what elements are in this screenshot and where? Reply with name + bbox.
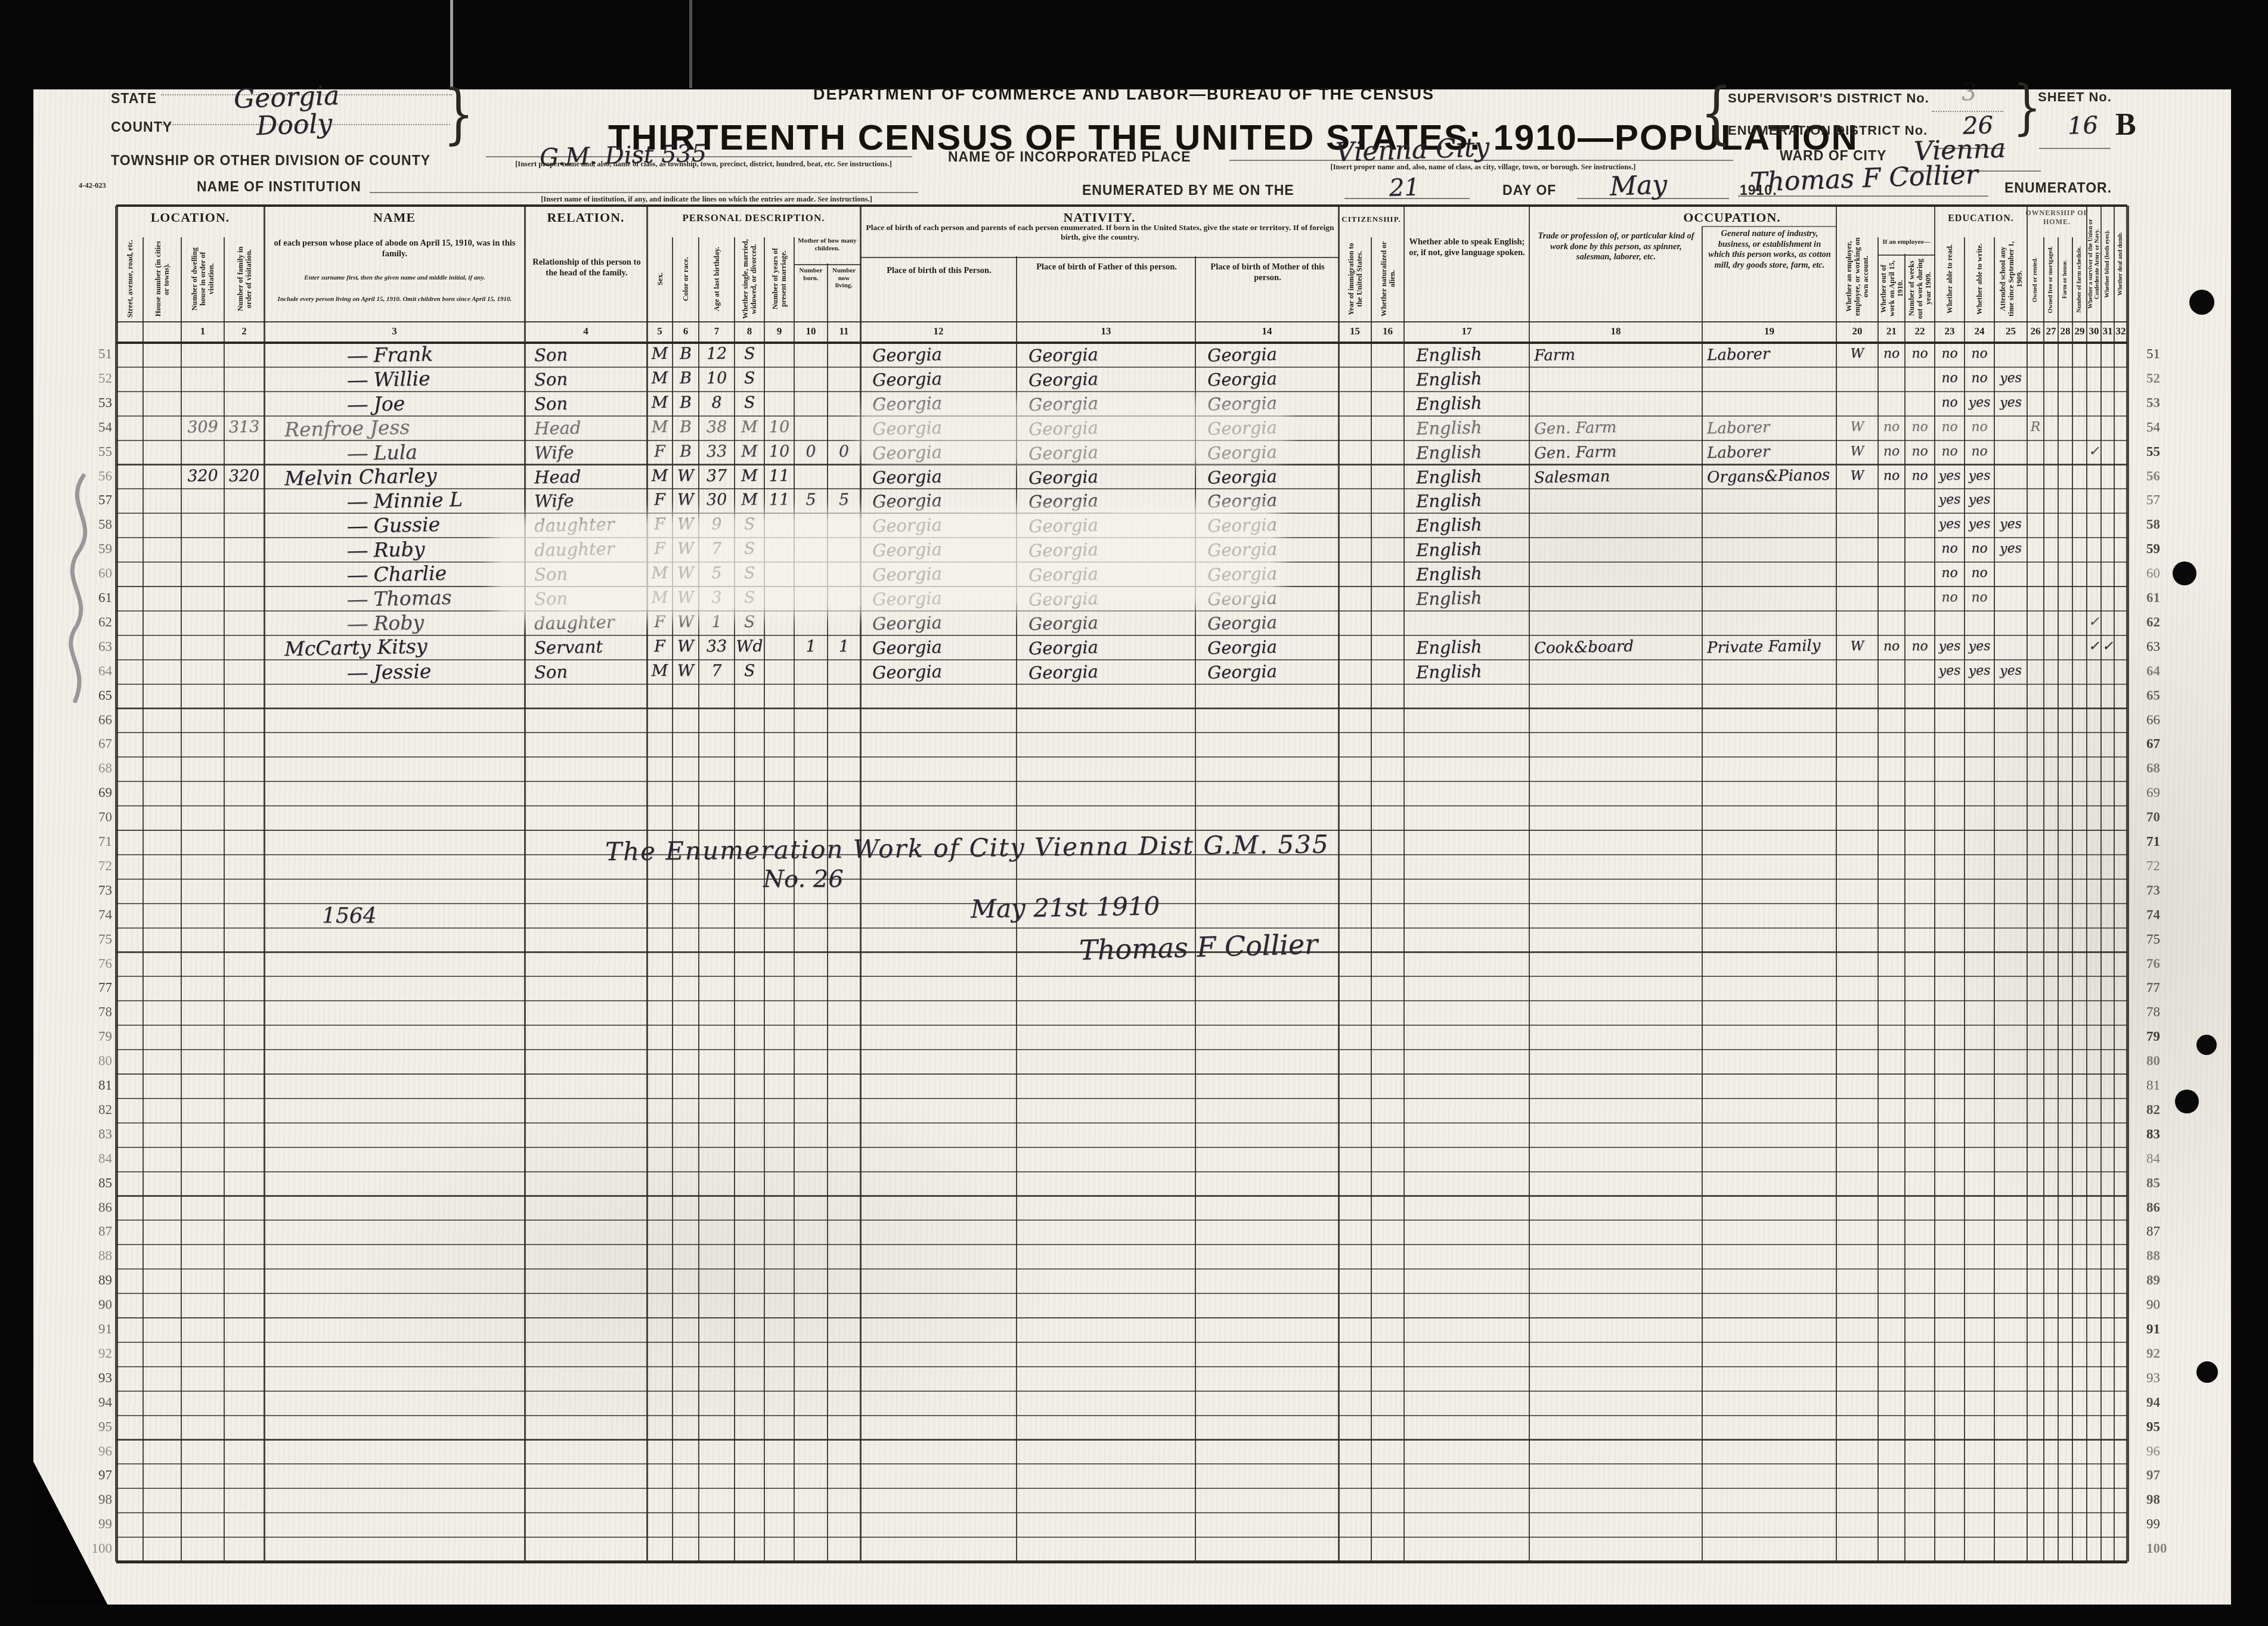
cell-sch-row-52: yes bbox=[1994, 365, 2028, 390]
row-number-right: 67 bbox=[2146, 736, 2182, 755]
cell-age-row-52: 10 bbox=[699, 365, 735, 390]
column-number: 20 bbox=[1836, 325, 1878, 341]
name-desc-2: Enter surname first, then the given name… bbox=[268, 274, 521, 293]
section-relation: RELATION. bbox=[525, 210, 647, 234]
cell-trade-row-56: Salesman bbox=[1529, 461, 1708, 489]
column-number: 3 bbox=[264, 325, 525, 341]
ward-label: WARD OF CITY bbox=[1780, 148, 1886, 164]
row-number-right: 64 bbox=[2146, 663, 2182, 682]
row-number-right: 88 bbox=[2146, 1248, 2182, 1267]
cell-sch-row-53: yes bbox=[1994, 390, 2028, 414]
enumerated-label: ENUMERATED BY ME ON THE bbox=[1082, 182, 1294, 198]
grid-hline bbox=[116, 927, 2127, 929]
column-number: 17 bbox=[1404, 325, 1529, 341]
column-number: 21 bbox=[1878, 325, 1905, 341]
column-number: 6 bbox=[673, 325, 699, 341]
row-number-right: 53 bbox=[2146, 395, 2182, 414]
grid-hline bbox=[116, 1025, 2127, 1026]
grid-hline bbox=[116, 1415, 2127, 1416]
row-number-left: 91 bbox=[76, 1321, 112, 1340]
cell-ind-row-54: Laborer bbox=[1702, 413, 1842, 440]
colhead-vertical-imm: Year of immigration to the United States… bbox=[1339, 237, 1371, 321]
hole-punch bbox=[2196, 1361, 2218, 1383]
column-number: 31 bbox=[2101, 325, 2114, 341]
column-number: 32 bbox=[2114, 325, 2127, 341]
colhead-v30: Whether a survivor of the Union or Confe… bbox=[2088, 209, 2100, 319]
cell-rel-row-64: Son bbox=[525, 657, 657, 684]
row-number-left: 100 bbox=[76, 1541, 112, 1560]
closing-note-line2: No. 26 bbox=[763, 865, 844, 893]
column-number: 24 bbox=[1965, 325, 1994, 341]
colhead-english: Whether able to speak English; or, if no… bbox=[1408, 237, 1526, 317]
cell-rd-row-52: no bbox=[1935, 365, 1965, 390]
colhead-fh: Farm or house. bbox=[2062, 260, 2069, 299]
row-number-left: 76 bbox=[76, 956, 112, 975]
cell-sex-row-53: M bbox=[647, 390, 673, 414]
row-number-right: 66 bbox=[2146, 712, 2182, 731]
colhead-v31: Whether blind (both eyes). bbox=[2105, 230, 2111, 298]
colhead-natz: Whether naturalized or alien. bbox=[1380, 239, 1396, 319]
grid-vline bbox=[2126, 206, 2129, 1562]
grid-hline bbox=[116, 1366, 2127, 1367]
cell-eng-row-61: English bbox=[1404, 584, 1542, 611]
cell-trade-row-54: Gen. Farm bbox=[1529, 413, 1708, 440]
colhead-vertical-mar: Whether single, married, widowed, or div… bbox=[735, 237, 764, 321]
cell-rd-row-61: no bbox=[1935, 585, 1965, 609]
row-number-right: 71 bbox=[2146, 834, 2182, 853]
cell-v31-row-63: ✓ bbox=[2101, 634, 2115, 658]
grid-vline bbox=[115, 206, 118, 1562]
cell-emp-row-51: W bbox=[1836, 341, 1879, 365]
cell-v30-row-55: ✓ bbox=[2087, 439, 2102, 463]
grid-hline bbox=[116, 1171, 2127, 1172]
colhead-vertical-house: House number (in cities or towns). bbox=[143, 237, 181, 321]
hole-punch bbox=[2175, 1090, 2199, 1113]
cell-emp-row-55: W bbox=[1836, 439, 1879, 463]
grid-hline bbox=[116, 1537, 2127, 1538]
cell-pf-row-63: Georgia bbox=[1017, 632, 1208, 660]
column-number: 16 bbox=[1371, 325, 1404, 341]
cell-age-row-55: 33 bbox=[699, 439, 735, 463]
cell-pm-row-64: Georgia bbox=[1195, 657, 1351, 684]
grid-hline bbox=[1878, 255, 1935, 255]
cell-wk-row-55: no bbox=[1905, 439, 1935, 463]
cell-ind-row-56: Organs&Pianos bbox=[1702, 462, 1842, 489]
supervisor-district-label: SUPERVISOR'S DISTRICT No. bbox=[1728, 91, 1929, 106]
cell-age-row-62: 1 bbox=[699, 609, 735, 634]
cell-trade-row-51: Farm bbox=[1529, 340, 1708, 367]
grid-hline bbox=[116, 1147, 2127, 1148]
grid-hline bbox=[116, 1244, 2127, 1245]
cell-dw-row-54: 309 bbox=[181, 414, 225, 439]
cell-eng-row-53: English bbox=[1404, 389, 1542, 415]
colhead-vertical-dw: Number of dwelling house in order of vis… bbox=[181, 237, 224, 321]
grid-hline bbox=[116, 684, 2127, 685]
grid-vline bbox=[1371, 237, 1372, 1562]
row-number-right: 73 bbox=[2146, 883, 2182, 902]
colhead-dw: Number of dwelling house in order of vis… bbox=[190, 239, 215, 319]
column-number: 1 bbox=[181, 325, 224, 341]
row-number-right: 69 bbox=[2146, 785, 2182, 804]
cell-pob-row-57: Georgia bbox=[860, 486, 1029, 513]
cell-yrs-row-55: 10 bbox=[764, 439, 795, 463]
grid-hline bbox=[116, 1293, 2127, 1294]
row-number-left: 81 bbox=[76, 1078, 112, 1097]
paper-smudge bbox=[865, 404, 1282, 459]
grid-hline bbox=[794, 264, 860, 265]
cell-wr-row-52: no bbox=[1965, 365, 1995, 390]
cell-color-row-63: W bbox=[673, 634, 699, 658]
colhead-vertical-nfs: Number of farm schedule. bbox=[2072, 238, 2087, 321]
cell-eng-row-64: English bbox=[1404, 657, 1542, 684]
column-number: 13 bbox=[1017, 325, 1195, 341]
colhead-wr: Whether able to write. bbox=[1975, 243, 1984, 315]
colhead-vertical-v31: Whether blind (both eyes). bbox=[2101, 207, 2114, 321]
cell-yrs-row-57: 11 bbox=[764, 488, 795, 512]
grid-hline bbox=[860, 257, 1339, 258]
hole-punch bbox=[2196, 1035, 2217, 1055]
row-number-right: 70 bbox=[2146, 809, 2182, 828]
cell-rd-row-57: yes bbox=[1935, 488, 1965, 512]
colhead-mar: Whether single, married, widowed, or div… bbox=[741, 239, 758, 319]
cell-pf-row-57: Georgia bbox=[1017, 486, 1208, 514]
cell-cl-row-55: 0 bbox=[828, 439, 861, 463]
cell-wr-row-51: no bbox=[1965, 341, 1995, 365]
cell-eng-row-55: English bbox=[1404, 437, 1542, 464]
cell-pf-row-52: Georgia bbox=[1017, 364, 1208, 392]
row-number-left: 54 bbox=[76, 420, 112, 439]
row-number-left: 86 bbox=[76, 1200, 112, 1219]
cell-wr-row-55: no bbox=[1965, 439, 1995, 463]
cell-cl-row-57: 5 bbox=[828, 488, 861, 512]
cell-mar-row-64: S bbox=[735, 658, 765, 682]
section-personal-description: PERSONAL DESCRIPTION. bbox=[647, 212, 860, 234]
section-name: NAME bbox=[264, 210, 525, 234]
cell-eng-row-63: English bbox=[1404, 632, 1542, 659]
cell-color-row-55: B bbox=[673, 439, 699, 463]
row-number-left: 67 bbox=[76, 736, 112, 755]
cell-age-row-57: 30 bbox=[699, 488, 735, 512]
row-number-right: 91 bbox=[2146, 1321, 2182, 1340]
township-note: [Insert proper name and, also, name of c… bbox=[495, 160, 912, 168]
row-number-right: 80 bbox=[2146, 1053, 2182, 1072]
cell-ow-row-54: no bbox=[1878, 414, 1906, 439]
cell-pf-row-64: Georgia bbox=[1017, 656, 1208, 684]
column-number: 25 bbox=[1994, 325, 2027, 341]
column-number: 15 bbox=[1339, 325, 1371, 341]
cell-eng-row-57: English bbox=[1404, 486, 1542, 513]
grid-hline bbox=[116, 708, 2127, 709]
column-number: 18 bbox=[1529, 325, 1702, 341]
cell-v30-row-62: ✓ bbox=[2087, 610, 2102, 634]
grid-hline bbox=[116, 1463, 2127, 1464]
section-citizenship: CITIZENSHIP. bbox=[1339, 215, 1404, 234]
section-education: EDUCATION. bbox=[1935, 213, 2027, 234]
row-number-left: 79 bbox=[76, 1029, 112, 1048]
row-number-right: 58 bbox=[2146, 517, 2182, 536]
row-number-right: 59 bbox=[2146, 541, 2182, 560]
county-value: Dooly bbox=[256, 108, 333, 141]
cell-mar-row-57: M bbox=[735, 488, 765, 512]
cell-eng-row-56: English bbox=[1404, 462, 1542, 489]
sheet-side-letter: B bbox=[2115, 107, 2136, 142]
row-number-left: 87 bbox=[76, 1224, 112, 1243]
colhead-nfs: Number of farm schedule. bbox=[2077, 246, 2083, 312]
row-number-right: 62 bbox=[2146, 615, 2182, 634]
institution-note: [Insert name of institution, if any, and… bbox=[489, 195, 924, 203]
colhead-sch: Attended school any time since September… bbox=[1999, 239, 2024, 319]
colhead-vertical-rd: Whether able to read. bbox=[1935, 237, 1965, 321]
cell-emp-row-54: W bbox=[1836, 414, 1879, 439]
colhead-trade: Trade or profession of, or particular ki… bbox=[1533, 231, 1699, 319]
grid-vline bbox=[142, 237, 144, 1562]
row-number-left: 90 bbox=[76, 1297, 112, 1316]
row-number-right: 51 bbox=[2146, 346, 2182, 365]
row-number-right: 74 bbox=[2146, 907, 2182, 926]
cell-sch-row-59: yes bbox=[1994, 536, 2028, 561]
row-number-left: 96 bbox=[76, 1444, 112, 1463]
colhead-vertical-wk: Number of weeks out of work during year … bbox=[1905, 256, 1935, 321]
township-label: TOWNSHIP OR OTHER DIVISION OF COUNTY bbox=[111, 153, 430, 169]
colhead-mother-children: Mother of how many children. bbox=[795, 237, 859, 263]
cell-rd-row-64: yes bbox=[1935, 658, 1965, 682]
cell-pm-row-52: Georgia bbox=[1195, 364, 1351, 391]
colhead-rd: Whether able to read. bbox=[1945, 244, 1954, 314]
colhead-if-employee: If an employee— bbox=[1879, 238, 1934, 254]
cell-mar-row-63: Wd bbox=[735, 634, 765, 658]
colhead-vertical-v30: Whether a survivor of the Union or Confe… bbox=[2087, 207, 2101, 321]
cell-sex-row-56: M bbox=[647, 463, 673, 488]
row-number-right: 77 bbox=[2146, 980, 2182, 999]
colhead-wk: Number of weeks out of work during year … bbox=[1907, 258, 1932, 319]
grid-hline bbox=[116, 321, 2127, 323]
cell-pm-row-56: Georgia bbox=[1195, 462, 1351, 489]
cell-wr-row-59: no bbox=[1965, 536, 1995, 561]
colhead-age: Age at last birthday. bbox=[712, 247, 721, 311]
colhead-number-born: Number born. bbox=[795, 267, 826, 319]
column-number: 9 bbox=[764, 325, 794, 341]
colhead-v32: Whether deaf and dumb. bbox=[2118, 232, 2124, 296]
row-number-right: 56 bbox=[2146, 468, 2182, 488]
row-number-left: 78 bbox=[76, 1004, 112, 1023]
colhead-pob: Place of birth of this Person. bbox=[864, 266, 1014, 318]
row-number-left: 77 bbox=[76, 980, 112, 999]
state-label: STATE bbox=[111, 91, 157, 107]
row-number-left: 88 bbox=[76, 1248, 112, 1267]
section-occupation: OCCUPATION. bbox=[1529, 210, 1935, 231]
grid-hline bbox=[116, 1512, 2127, 1513]
column-number: 26 bbox=[2027, 325, 2044, 341]
colhead-fam: Number of family in order of visitation. bbox=[236, 239, 253, 319]
colhead-vertical-fh: Farm or house. bbox=[2058, 238, 2072, 321]
colhead-color: Color or race. bbox=[681, 257, 690, 301]
cell-wk-row-51: no bbox=[1905, 341, 1935, 365]
cell-eng-row-54: English bbox=[1404, 413, 1542, 440]
row-number-left: 84 bbox=[76, 1151, 112, 1170]
enumerated-day: 21 bbox=[1389, 173, 1420, 201]
cell-eng-row-58: English bbox=[1404, 511, 1542, 538]
cell-fam-row-56: 320 bbox=[224, 463, 265, 488]
cell-wr-row-63: yes bbox=[1965, 634, 1995, 658]
column-number: 11 bbox=[828, 325, 860, 341]
scan-border-right bbox=[2231, 0, 2268, 1626]
cell-pob-row-51: Georgia bbox=[860, 340, 1029, 367]
column-number: 22 bbox=[1905, 325, 1935, 341]
cell-rd-row-55: no bbox=[1935, 439, 1965, 463]
grid-hline bbox=[116, 1488, 2127, 1489]
row-number-right: 54 bbox=[2146, 420, 2182, 439]
cell-wr-row-61: no bbox=[1965, 585, 1995, 609]
colhead-vertical-color: Color or race. bbox=[673, 237, 699, 321]
row-number-left: 71 bbox=[76, 834, 112, 853]
margin-scribble-handwriting bbox=[55, 471, 114, 715]
colhead-emp: Whether an employer, employee, or workin… bbox=[1845, 234, 1870, 319]
colhead-imm: Year of immigration to the United States… bbox=[1347, 239, 1364, 319]
grid-vline bbox=[2114, 206, 2115, 1562]
cell-ind-row-63: Private Family bbox=[1702, 632, 1842, 659]
grid-hline bbox=[116, 204, 2127, 207]
scan-artifact bbox=[450, 0, 453, 88]
column-number: 5 bbox=[647, 325, 673, 341]
cell-age-row-56: 37 bbox=[699, 463, 735, 488]
cell-mar-row-51: S bbox=[735, 341, 765, 365]
sheet-brace: } bbox=[2013, 77, 2041, 137]
column-number: 14 bbox=[1195, 325, 1339, 341]
colhead-vertical-age: Age at last birthday. bbox=[699, 237, 735, 321]
column-number: 8 bbox=[735, 325, 764, 341]
cell-v30-row-63: ✓ bbox=[2087, 634, 2102, 658]
row-number-right: 57 bbox=[2146, 492, 2182, 511]
cell-sex-row-51: M bbox=[647, 342, 673, 366]
cell-sex-row-64: M bbox=[647, 658, 673, 682]
cell-mar-row-62: S bbox=[735, 609, 765, 634]
cell-rd-row-58: yes bbox=[1935, 512, 1965, 536]
grid-hline bbox=[116, 1317, 2127, 1318]
cell-wr-row-64: yes bbox=[1965, 658, 1995, 682]
nativity-desc: Place of birth of each person and parent… bbox=[866, 223, 1334, 256]
grid-hline bbox=[116, 1560, 2127, 1563]
cell-sex-row-57: F bbox=[647, 488, 673, 512]
column-number: 2 bbox=[224, 325, 264, 341]
relation-desc: Relationship of this person to the head … bbox=[532, 257, 642, 311]
cell-eng-row-51: English bbox=[1404, 340, 1542, 367]
colhead-vertical-emp: Whether an employer, employee, or workin… bbox=[1836, 232, 1878, 321]
grid-hline bbox=[116, 1219, 2127, 1221]
row-number-left: 80 bbox=[76, 1053, 112, 1072]
grid-hline bbox=[116, 1073, 2127, 1075]
row-number-right: 75 bbox=[2146, 932, 2182, 951]
county-label: COUNTY bbox=[111, 119, 172, 135]
cell-color-row-57: W bbox=[673, 488, 699, 512]
cell-wk-row-54: no bbox=[1905, 414, 1935, 439]
cell-ow-row-55: no bbox=[1878, 439, 1906, 463]
grid-hline bbox=[116, 1098, 2127, 1099]
cell-dw-row-56: 320 bbox=[181, 463, 225, 488]
column-number: 27 bbox=[2044, 325, 2058, 341]
cell-pf-row-62: Georgia bbox=[1017, 608, 1208, 636]
closing-note-date: May 21st 1910 bbox=[971, 891, 1160, 924]
row-number-right: 98 bbox=[2146, 1492, 2182, 1511]
grid-hline bbox=[116, 756, 2127, 758]
row-number-right: 96 bbox=[2146, 1444, 2182, 1463]
row-number-left: 89 bbox=[76, 1273, 112, 1292]
cell-wr-row-58: yes bbox=[1965, 512, 1995, 536]
row-number-left: 52 bbox=[76, 371, 112, 390]
colhead-vertical-sch: Attended school any time since September… bbox=[1994, 237, 2027, 321]
colhead-vertical-yrs: Number of years of present marriage. bbox=[764, 237, 794, 321]
cell-sex-row-55: F bbox=[647, 439, 673, 463]
cell-rd-row-53: no bbox=[1935, 390, 1965, 414]
grid-hline bbox=[116, 1268, 2127, 1270]
supervisor-district-value: 3 bbox=[1961, 79, 1977, 107]
row-number-left: 93 bbox=[76, 1370, 112, 1389]
cell-wr-row-57: yes bbox=[1965, 488, 1995, 512]
grid-hline bbox=[116, 1391, 2127, 1392]
cell-sex-row-52: M bbox=[647, 365, 673, 390]
department-line: DEPARTMENT OF COMMERCE AND LABOR—BUREAU … bbox=[775, 85, 1473, 104]
incorporated-place-label: NAME OF INCORPORATED PLACE bbox=[948, 149, 1191, 165]
row-number-right: 72 bbox=[2146, 858, 2182, 877]
colhead-vertical-fam: Number of family in order of visitation. bbox=[224, 237, 264, 321]
grid-hline bbox=[116, 781, 2127, 782]
day-of-label: DAY OF bbox=[1502, 182, 1556, 198]
row-number-right: 79 bbox=[2146, 1029, 2182, 1048]
row-number-left: 94 bbox=[76, 1395, 112, 1414]
enumerator-label: ENUMERATOR. bbox=[2004, 180, 2112, 196]
cell-emp-row-63: W bbox=[1836, 634, 1879, 658]
cell-color-row-52: B bbox=[673, 365, 699, 390]
colhead-ow: Whether out of work on April 15, 1910. bbox=[1879, 258, 1904, 319]
cell-rd-row-60: no bbox=[1935, 561, 1965, 585]
row-number-right: 63 bbox=[2146, 639, 2182, 658]
hole-punch bbox=[2173, 561, 2196, 585]
cell-wk-row-56: no bbox=[1905, 463, 1935, 488]
cell-age-row-53: 8 bbox=[699, 390, 735, 414]
cell-emp-row-56: W bbox=[1836, 463, 1879, 488]
colhead-house: House number (in cities or towns). bbox=[154, 239, 171, 319]
cell-wr-row-54: no bbox=[1965, 414, 1995, 439]
state-county-brace: } bbox=[444, 82, 475, 147]
grid-hline bbox=[116, 830, 2127, 831]
column-number: 19 bbox=[1702, 325, 1836, 341]
cell-wk-row-63: no bbox=[1905, 634, 1935, 658]
row-number-right: 97 bbox=[2146, 1467, 2182, 1487]
cell-pf-row-51: Georgia bbox=[1017, 340, 1208, 368]
colhead-street: Street, avenue, road, etc. bbox=[126, 240, 134, 318]
grid-hline bbox=[116, 1122, 2127, 1124]
cell-ow-row-56: no bbox=[1878, 463, 1906, 488]
row-number-left: 73 bbox=[76, 883, 112, 902]
row-number-left: 74 bbox=[76, 907, 112, 926]
hole-punch bbox=[2189, 290, 2214, 315]
colhead-vertical-home: Owned or rented. bbox=[2027, 238, 2044, 321]
row-number-right: 95 bbox=[2146, 1419, 2182, 1438]
colhead-industry: General nature of industry, business, or… bbox=[1706, 229, 1833, 319]
cell-eng-row-60: English bbox=[1404, 560, 1542, 587]
cell-pob-row-63: Georgia bbox=[860, 632, 1029, 660]
row-number-left: 70 bbox=[76, 809, 112, 828]
row-number-right: 100 bbox=[2146, 1541, 2182, 1560]
grid-hline bbox=[116, 879, 2127, 880]
row-number-left: 75 bbox=[76, 932, 112, 951]
cell-pob-row-62: Georgia bbox=[860, 608, 1029, 635]
cell-sex-row-54: M bbox=[647, 414, 673, 439]
colhead-yrs: Number of years of present marriage. bbox=[771, 239, 788, 319]
row-number-right: 93 bbox=[2146, 1370, 2182, 1389]
cell-color-row-64: W bbox=[673, 658, 699, 682]
row-number-left: 72 bbox=[76, 858, 112, 877]
colhead-vertical-ow: Whether out of work on April 15, 1910. bbox=[1878, 256, 1905, 321]
